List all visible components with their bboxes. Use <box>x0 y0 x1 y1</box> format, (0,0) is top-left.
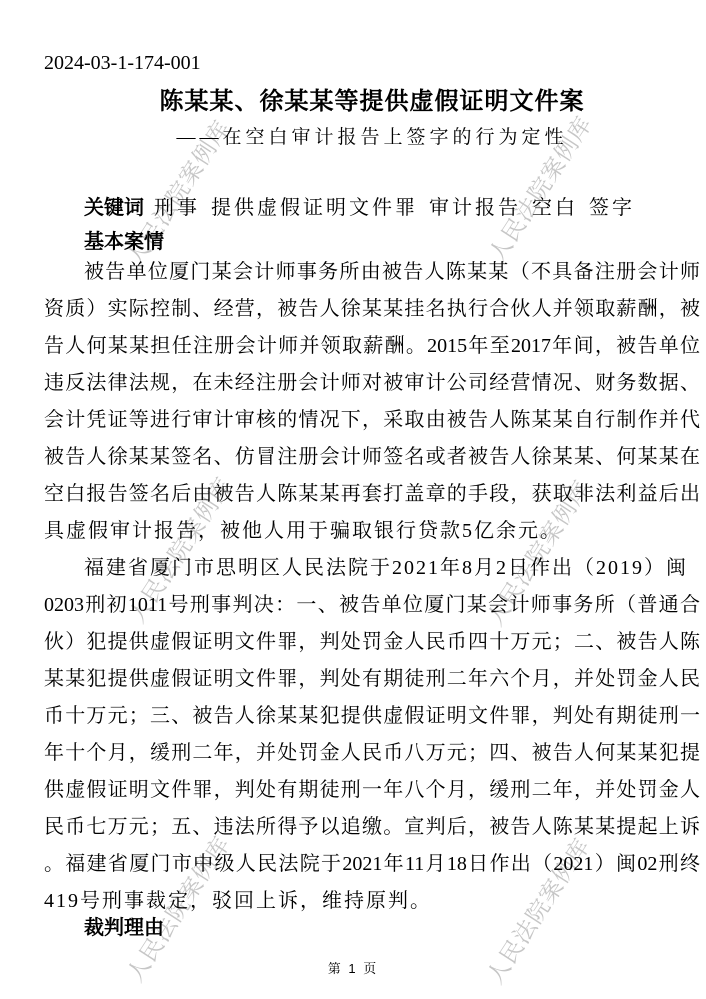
paragraph-judgment-history: 福建省厦门市思明区人民法院于2021年8月2日作出（2019）闽 0203刑初1… <box>44 550 700 920</box>
text-line: 告人何某某担任注册会计师并领取薪酬。2015年至2017年间，被告单位 <box>44 328 700 365</box>
text-line: 资质）实际控制、经营，被告人徐某某挂名执行合伙人并领取薪酬，被 <box>44 291 700 328</box>
text-line: 419号刑事裁定，驳回上诉，维持原判。 <box>44 883 700 920</box>
keyword-item: 审计报告 <box>429 197 521 219</box>
text-line: 被告人徐某某签名、仿冒注册会计师签名或者被告人徐某某、何某某在 <box>44 439 700 476</box>
keyword-item: 刑事 <box>154 197 200 219</box>
text-line: 福建省厦门市思明区人民法院于2021年8月2日作出（2019）闽 <box>44 550 700 587</box>
text-line: 空白报告签名后由被告人陈某某再套打盖章的手段，获取非法利益后出 <box>44 476 700 513</box>
text-line: 某某犯提供虚假证明文件罪，判处有期徒刑二年六个月，并处罚金人民 <box>44 661 700 698</box>
document-content: 2024-03-1-174-001 陈某某、徐某某等提供虚假证明文件案 ——在空… <box>44 0 700 940</box>
text-line: 伙）犯提供虚假证明文件罪，判处罚金人民币四十万元；二、被告人陈 <box>44 624 700 661</box>
keywords-line: 关键词刑事提供虚假证明文件罪审计报告空白签字 <box>84 196 700 220</box>
text-line: 被告单位厦门某会计师事务所由被告人陈某某（不具备注册会计师 <box>44 254 700 291</box>
text-line: 供虚假证明文件罪，判处有期徒刑一年八个月，缓刑二年，并处罚金人 <box>44 772 700 809</box>
text-line: 违反法律法规，在未经注册会计师对被审计公司经营情况、财务数据、 <box>44 365 700 402</box>
text-line: 具虚假审计报告，被他人用于骗取银行贷款5亿余元。 <box>44 513 700 550</box>
text-line: 会计凭证等进行审计审核的情况下，采取由被告人陈某某自行制作并代 <box>44 402 700 439</box>
case-title: 陈某某、徐某某等提供虚假证明文件案 <box>44 86 700 118</box>
keyword-item: 空白 <box>532 197 578 219</box>
case-subtitle: ——在空白审计报告上签字的行为定性 <box>44 125 700 151</box>
text-line: 。福建省厦门市中级人民法院于2021年11月18日作出（2021）闽02刑终 <box>44 846 700 883</box>
document-page: 人民法院案例库 人民法院案例库 人民法院案例库 人民法院案例库 人民法院案例库 … <box>0 0 706 999</box>
keywords-label: 关键词 <box>84 197 144 219</box>
page-number: 第 1 页 <box>0 958 706 977</box>
text-line: 币十万元；三、被告人徐某某犯提供虚假证明文件罪，判处有期徒刑一 <box>44 698 700 735</box>
keyword-item: 提供虚假证明文件罪 <box>211 197 418 219</box>
text-line: 0203刑初1011号刑事判决：一、被告单位厦门某会计师事务所（普通合 <box>44 587 700 624</box>
text-line: 民币七万元；五、违法所得予以追缴。宣判后，被告人陈某某提起上诉 <box>44 809 700 846</box>
keyword-item: 签字 <box>589 197 635 219</box>
section-heading-basic-facts: 基本案情 <box>84 230 700 254</box>
document-number: 2024-03-1-174-001 <box>44 51 700 75</box>
text-line: 年十个月，缓刑二年，并处罚金人民币八万元；四、被告人何某某犯提 <box>44 735 700 772</box>
paragraph-basic-facts: 被告单位厦门某会计师事务所由被告人陈某某（不具备注册会计师 资质）实际控制、经营… <box>44 254 700 550</box>
